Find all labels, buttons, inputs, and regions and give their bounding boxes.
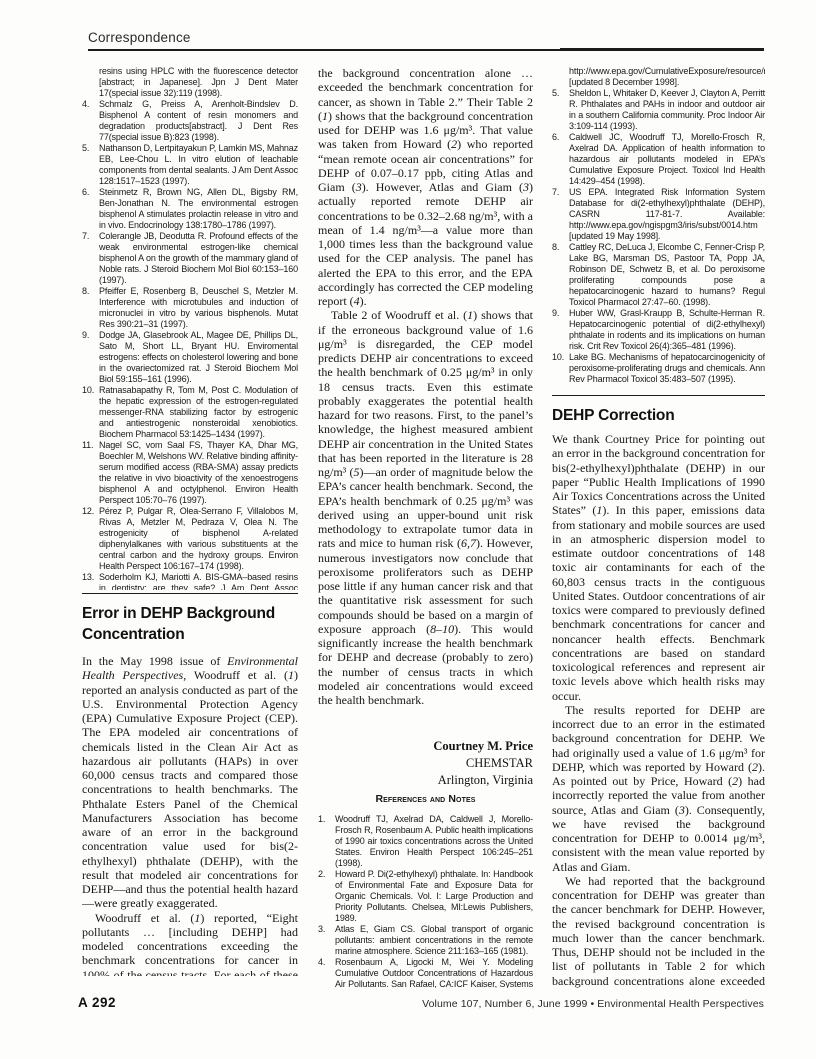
paragraph: Table 2 of Woodruff et al. (1) shows tha… bbox=[318, 308, 533, 707]
letter1-body-col2: the background concentration alone … exc… bbox=[318, 66, 533, 728]
reference-number: 8. bbox=[82, 286, 99, 330]
text-segment: ) shows that if the erroneous background… bbox=[318, 308, 533, 479]
reference-text: Atlas E, Giam CS. Global transport of or… bbox=[335, 924, 533, 957]
text-segment: ). In this paper, emissions data from st… bbox=[552, 503, 765, 702]
text-segment: ) reported an analysis conducted as part… bbox=[82, 668, 298, 910]
reference-item: 10.Lake BG. Mechanisms of hepatocarcinog… bbox=[552, 352, 765, 385]
page-number: A 292 bbox=[78, 995, 116, 1010]
reference-text: Nagel SC, vom Saal FS, Thayer KA, Dhar M… bbox=[99, 440, 298, 506]
reference-text: Huber WW, Grasl-Kraupp B, Schulte-Herman… bbox=[569, 308, 765, 352]
paragraph: Woodruff et al. (1) reported, “Eight pol… bbox=[82, 911, 298, 977]
reference-number: 10. bbox=[552, 352, 569, 385]
reference-number: 4. bbox=[82, 99, 99, 143]
signature-org: CHEMSTAR bbox=[318, 755, 533, 772]
paragraph: In the May 1998 issue of Environmental H… bbox=[82, 654, 298, 911]
text-segment: Woodruff et al. ( bbox=[95, 911, 194, 925]
reference-item: 8.Cattley RC, DeLuca J, Elcombe C, Fenne… bbox=[552, 242, 765, 308]
paragraph: the background concentration alone … exc… bbox=[318, 66, 533, 308]
reference-item: 4.Schmalz G, Preiss A, Arenholt-Bindslev… bbox=[82, 99, 298, 143]
reference-item: 4.Rosenbaum A, Ligocki M, Wei Y. Modelin… bbox=[318, 957, 533, 988]
signature-name: Courtney M. Price bbox=[318, 738, 533, 755]
reference-text: Howard P. Di(2-ethylhexyl) phthalate. In… bbox=[335, 869, 533, 924]
reference-item: 6.Caldwell JC, Woodruff TJ, Morello-Fros… bbox=[552, 132, 765, 187]
text-segment: We had reported that the background conc… bbox=[552, 874, 765, 988]
reference-item: 6.Steinmetz R, Brown NG, Allen DL, Bigsb… bbox=[82, 187, 298, 231]
running-head: Correspondence bbox=[88, 29, 191, 47]
reference-list: 4.Schmalz G, Preiss A, Arenholt-Bindslev… bbox=[82, 99, 298, 590]
text-segment: In the May 1998 issue of bbox=[82, 654, 227, 668]
left-column-references: resins using HPLC with the fluorescence … bbox=[82, 66, 298, 590]
reference-text: Ratnasabapathy R, Tom M, Post C. Modulat… bbox=[99, 385, 298, 440]
reference-continuation: http://www.epa.gov/CumulativeExposure/re… bbox=[552, 66, 765, 88]
letter1-body-col1: In the May 1998 issue of Environmental H… bbox=[82, 654, 298, 976]
reference-item: 5.Sheldon L, Whitaker D, Keever J, Clayt… bbox=[552, 88, 765, 132]
reference-number: 6. bbox=[552, 132, 569, 187]
reference-text: Nathanson D, Lertpitayakun P, Lamkin MS,… bbox=[99, 143, 298, 187]
text-segment: Table 2 of Woodruff et al. ( bbox=[331, 308, 467, 322]
paragraph: We had reported that the background conc… bbox=[552, 874, 765, 988]
reference-text: Schmalz G, Preiss A, Arenholt-Bindslev D… bbox=[99, 99, 298, 143]
reference-item: 7.US EPA. Integrated Risk Information Sy… bbox=[552, 187, 765, 242]
reference-number: 12. bbox=[82, 506, 99, 572]
reference-number: 6. bbox=[82, 187, 99, 231]
text-segment: ) actually reported remote DEHP air conc… bbox=[318, 180, 533, 308]
signature-location: Arlington, Virginia bbox=[318, 772, 533, 789]
reference-item: 3.Atlas E, Giam CS. Global transport of … bbox=[318, 924, 533, 957]
section-divider bbox=[82, 593, 298, 594]
reference-number: 11. bbox=[82, 440, 99, 506]
reference-text: Woodruff TJ, Axelrad DA, Caldwell J, Mor… bbox=[335, 814, 533, 869]
header-rule-heavy-segment bbox=[560, 48, 764, 51]
reference-number: 7. bbox=[552, 187, 569, 242]
reference-item: 9.Huber WW, Grasl-Kraupp B, Schulte-Herm… bbox=[552, 308, 765, 352]
reference-list: 5.Sheldon L, Whitaker D, Keever J, Clayt… bbox=[552, 88, 765, 385]
reference-text: Rosenbaum A, Ligocki M, Wei Y. Modeling … bbox=[335, 957, 533, 988]
journal-page: Correspondence resins using HPLC with th… bbox=[0, 0, 816, 1059]
reference-item: 8.Pfeiffer E, Rosenberg B, Deuschel S, M… bbox=[82, 286, 298, 330]
reference-number: 9. bbox=[552, 308, 569, 352]
text-segment: ). However, Atlas and Giam ( bbox=[362, 180, 523, 194]
reference-number: 4. bbox=[318, 957, 335, 988]
reference-text: Sheldon L, Whitaker D, Keever J, Clayton… bbox=[569, 88, 765, 132]
text-segment: , Woodruff et al. ( bbox=[183, 668, 288, 682]
reference-item: 12.Pérez P, Pulgar R, Olea-Serrano F, Vi… bbox=[82, 506, 298, 572]
reference-text: Colerangle JB, Deodutta R. Profound effe… bbox=[99, 231, 298, 286]
reference-text: Caldwell JC, Woodruff TJ, Morello-Frosch… bbox=[569, 132, 765, 187]
signature-block: Courtney M. Price CHEMSTAR Arlington, Vi… bbox=[318, 738, 533, 789]
reference-number: 13. bbox=[82, 572, 99, 590]
references-heading: References and Notes bbox=[318, 793, 533, 805]
reference-number: 1. bbox=[318, 814, 335, 869]
italic-text: 6,7 bbox=[461, 536, 476, 550]
reference-number: 5. bbox=[82, 143, 99, 187]
right-column-references: http://www.epa.gov/CumulativeExposure/re… bbox=[552, 66, 765, 386]
reference-text: US EPA. Integrated Risk Information Syst… bbox=[569, 187, 765, 242]
letter1-title: Error in DEHP Background Concentration bbox=[82, 604, 298, 645]
reference-text: Pfeiffer E, Rosenberg B, Deuschel S, Met… bbox=[99, 286, 298, 330]
reference-number: 8. bbox=[552, 242, 569, 308]
paragraph: The results reported for DEHP are incorr… bbox=[552, 703, 765, 874]
reference-item: 7.Colerangle JB, Deodutta R. Profound ef… bbox=[82, 231, 298, 286]
reference-text: Soderholm KJ, Mariotti A. BIS-GMA–based … bbox=[99, 572, 298, 590]
reference-item: 9.Dodge JA, Glasebrook AL, Magee DE, Phi… bbox=[82, 330, 298, 385]
reference-list: 1.Woodruff TJ, Axelrad DA, Caldwell J, M… bbox=[318, 814, 533, 988]
reference-number: 9. bbox=[82, 330, 99, 385]
reference-number: 5. bbox=[552, 88, 569, 132]
reference-text: Dodge JA, Glasebrook AL, Magee DE, Phill… bbox=[99, 330, 298, 385]
section-label: Correspondence bbox=[88, 30, 191, 45]
letter1-references: 1.Woodruff TJ, Axelrad DA, Caldwell J, M… bbox=[318, 814, 533, 988]
reference-item: 10.Ratnasabapathy R, Tom M, Post C. Modu… bbox=[82, 385, 298, 440]
reference-number: 7. bbox=[82, 231, 99, 286]
reference-item: 1.Woodruff TJ, Axelrad DA, Caldwell J, M… bbox=[318, 814, 533, 869]
reference-number: 10. bbox=[82, 385, 99, 440]
text-segment: The results reported for DEHP are incorr… bbox=[552, 703, 765, 774]
text-segment: ). bbox=[360, 294, 367, 308]
reference-text: Steinmetz R, Brown NG, Allen DL, Bigsby … bbox=[99, 187, 298, 231]
section-divider bbox=[552, 395, 765, 396]
italic-text: 8–10 bbox=[430, 622, 454, 636]
reference-item: 2.Howard P. Di(2-ethylhexyl) phthalate. … bbox=[318, 869, 533, 924]
reference-item: 11.Nagel SC, vom Saal FS, Thayer KA, Dha… bbox=[82, 440, 298, 506]
journal-issue-line: Volume 107, Number 6, June 1999 • Enviro… bbox=[400, 998, 764, 1010]
reference-item: 5.Nathanson D, Lertpitayakun P, Lamkin M… bbox=[82, 143, 298, 187]
reference-text: Lake BG. Mechanisms of hepatocarcinogeni… bbox=[569, 352, 765, 385]
reference-item: 13.Soderholm KJ, Mariotti A. BIS-GMA–bas… bbox=[82, 572, 298, 590]
reference-number: 2. bbox=[318, 869, 335, 924]
reference-text: Cattley RC, DeLuca J, Elcombe C, Fenner-… bbox=[569, 242, 765, 308]
reference-continuation: resins using HPLC with the fluorescence … bbox=[82, 66, 298, 99]
paragraph: We thank Courtney Price for pointing out… bbox=[552, 432, 765, 703]
reference-number: 3. bbox=[318, 924, 335, 957]
reference-text: Pérez P, Pulgar R, Olea-Serrano F, Villa… bbox=[99, 506, 298, 572]
letter2-title: DEHP Correction bbox=[552, 406, 765, 427]
letter2-body: We thank Courtney Price for pointing out… bbox=[552, 432, 765, 988]
